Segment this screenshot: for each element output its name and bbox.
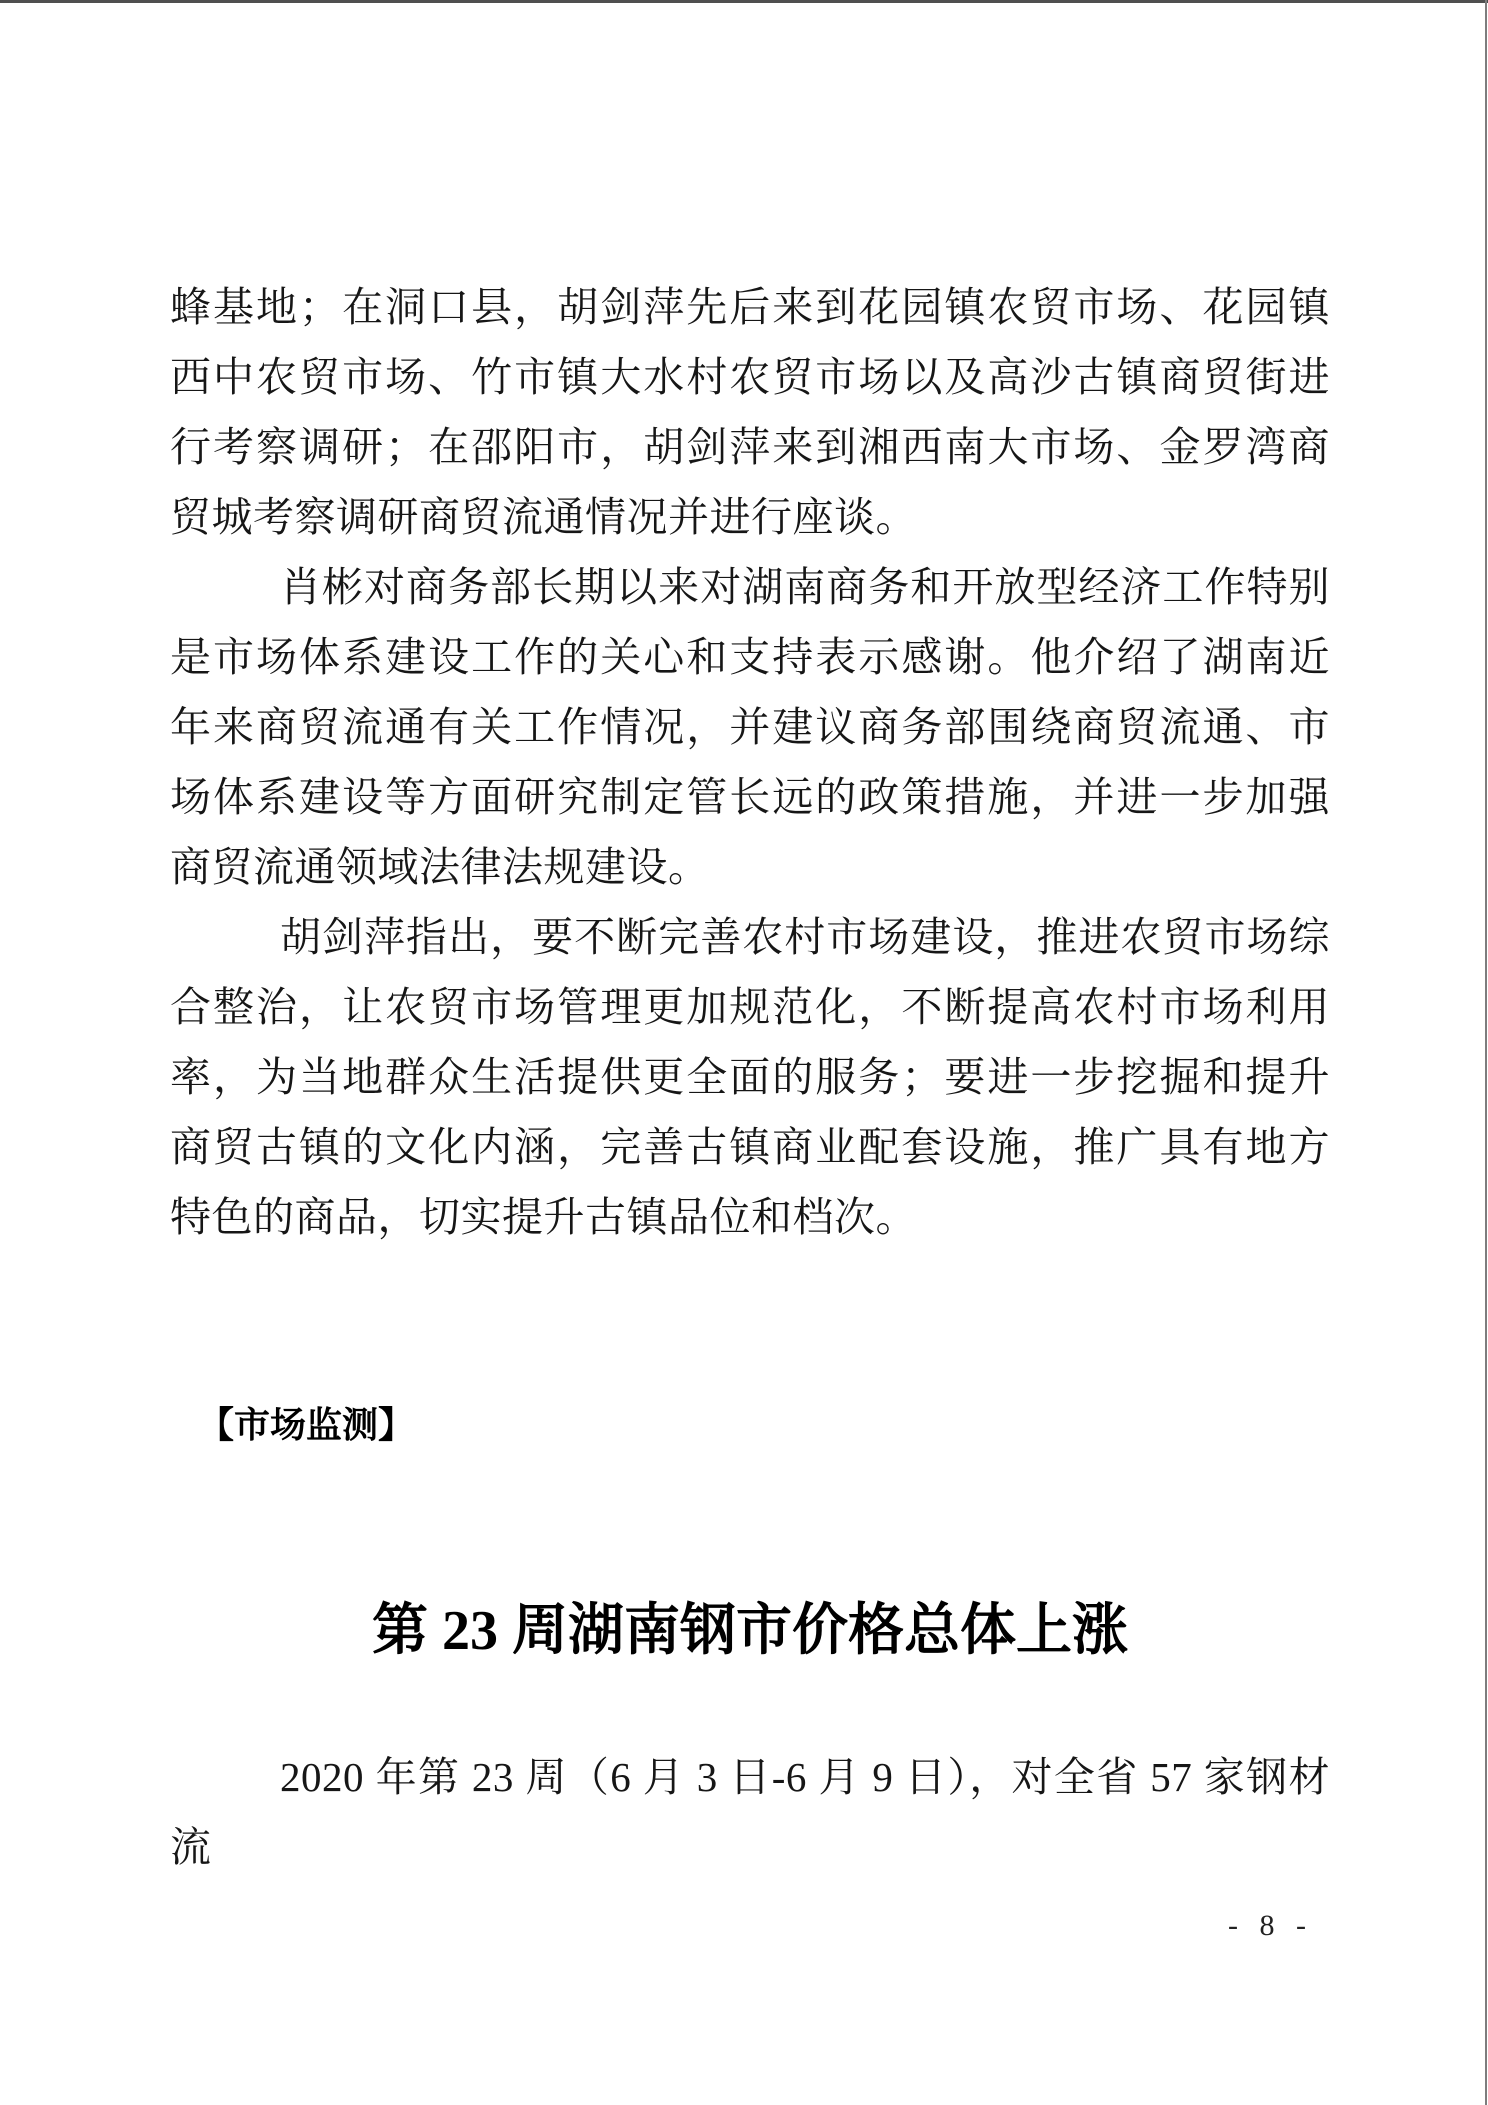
article-first-paragraph: 2020 年第 23 周（6 月 3 日-6 月 9 日），对全省 57 家钢材… <box>170 1742 1330 1882</box>
page-number: - 8 - <box>1228 1908 1308 1944</box>
paragraph-hujianping-remarks: 胡剑萍指出，要不断完善农村市场建设，推进农贸市场综合整治，让农贸市场管理更加规范… <box>170 902 1330 1252</box>
paragraph-xiaobin-remarks: 肖彬对商务部长期以来对湖南商务和开放型经济工作特别是市场体系建设工作的关心和支持… <box>170 552 1330 902</box>
article-title-steel-prices: 第 23 周湖南钢市价格总体上涨 <box>170 1591 1330 1671</box>
text-column: 蜂基地；在洞口县，胡剑萍先后来到花园镇农贸市场、花园镇西中农贸市场、竹市镇大水村… <box>0 0 1488 1882</box>
section-header-market-monitoring: 【市场监测】 <box>198 1400 1330 1450</box>
document-page: 蜂基地；在洞口县，胡剑萍先后来到花园镇农贸市场、花园镇西中农贸市场、竹市镇大水村… <box>0 0 1488 2105</box>
paragraph-continuation-inspection-tour: 蜂基地；在洞口县，胡剑萍先后来到花园镇农贸市场、花园镇西中农贸市场、竹市镇大水村… <box>170 272 1330 552</box>
